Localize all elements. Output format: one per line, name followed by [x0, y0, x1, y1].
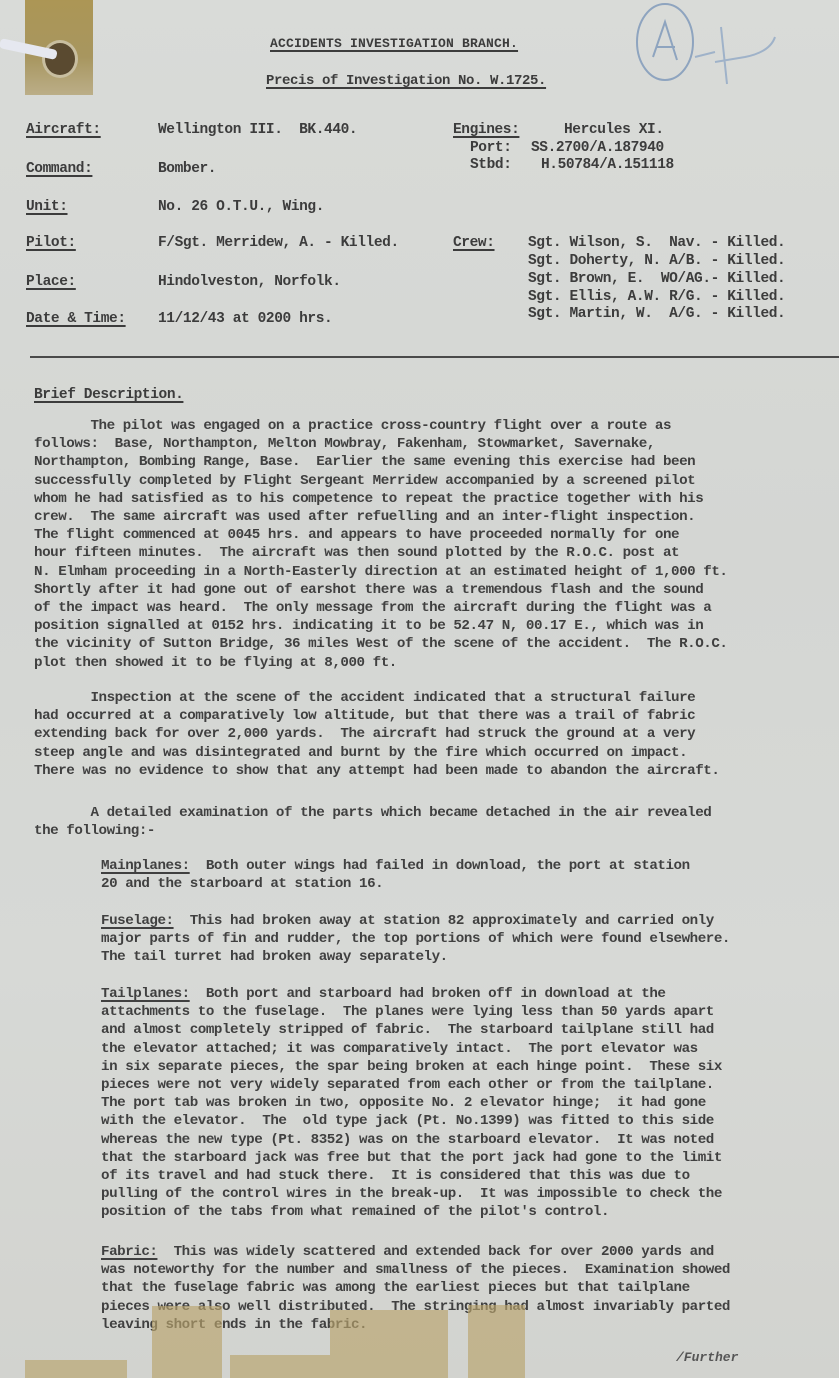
paragraph-examination-intro: A detailed examination of the parts whic… — [34, 804, 834, 840]
engines-label: Engines: — [453, 122, 519, 138]
document-heading: ACCIDENTS INVESTIGATION BRANCH. — [270, 36, 518, 51]
datetime-value: 11/12/43 at 0200 hrs. — [158, 311, 332, 327]
pencil-annotation-icon — [625, 2, 825, 92]
repair-tape — [468, 1305, 525, 1378]
port-label: Port: — [470, 140, 512, 156]
pilot-label: Pilot: — [26, 235, 76, 251]
port-value: SS.2700/A.187940 — [531, 140, 664, 156]
unit-label: Unit: — [26, 199, 68, 215]
repair-tape — [152, 1306, 222, 1378]
repair-tape — [230, 1355, 330, 1378]
crew-member: Sgt. Brown, E. WO/AG.- Killed. — [528, 271, 785, 287]
finding-mainplanes: Mainplanes: Both outer wings had failed … — [101, 857, 831, 893]
crew-member: Sgt. Doherty, N. A/B. - Killed. — [528, 253, 785, 269]
command-label: Command: — [26, 161, 92, 177]
crew-member: Sgt. Wilson, S. Nav. - Killed. — [528, 235, 785, 251]
punch-hole — [42, 40, 78, 78]
repair-tape — [25, 1360, 127, 1378]
crew-member: Sgt. Martin, W. A/G. - Killed. — [528, 306, 785, 322]
finding-text: Both port and starboard had broken off i… — [101, 986, 722, 1220]
engines-value: Hercules XI. — [564, 122, 664, 138]
place-label: Place: — [26, 274, 76, 290]
datetime-label: Date & Time: — [26, 311, 126, 327]
aircraft-value: Wellington III. BK.440. — [158, 122, 357, 138]
finding-text: This had broken away at station 82 appro… — [101, 913, 730, 965]
finding-tailplanes: Tailplanes: Both port and starboard had … — [101, 985, 831, 1222]
section-divider — [30, 356, 839, 358]
aircraft-label: Aircraft: — [26, 122, 101, 138]
crew-member: Sgt. Ellis, A.W. R/G. - Killed. — [528, 289, 785, 305]
finding-fuselage: Fuselage: This had broken away at statio… — [101, 912, 831, 967]
finding-label: Mainplanes: — [101, 858, 190, 874]
pilot-value: F/Sgt. Merridew, A. - Killed. — [158, 235, 399, 251]
document-subheading: Precis of Investigation No. W.1725. — [266, 73, 546, 89]
command-value: Bomber. — [158, 161, 216, 177]
paragraph-inspection: Inspection at the scene of the accident … — [34, 689, 834, 780]
stbd-value: H.50784/A.151118 — [541, 157, 674, 173]
crew-label: Crew: — [453, 235, 495, 251]
finding-text: Both outer wings had failed in download,… — [101, 858, 690, 892]
place-value: Hindolveston, Norfolk. — [158, 274, 341, 290]
stbd-label: Stbd: — [470, 157, 512, 173]
unit-value: No. 26 O.T.U., Wing. — [158, 199, 324, 215]
finding-label: Fuselage: — [101, 913, 174, 929]
section-title: Brief Description. — [34, 387, 183, 403]
repair-tape — [330, 1310, 448, 1378]
paragraph-circumstances: The pilot was engaged on a practice cros… — [34, 417, 834, 672]
continued-note: /Further — [676, 1350, 738, 1365]
finding-label: Fabric: — [101, 1244, 157, 1260]
finding-label: Tailplanes: — [101, 986, 190, 1002]
